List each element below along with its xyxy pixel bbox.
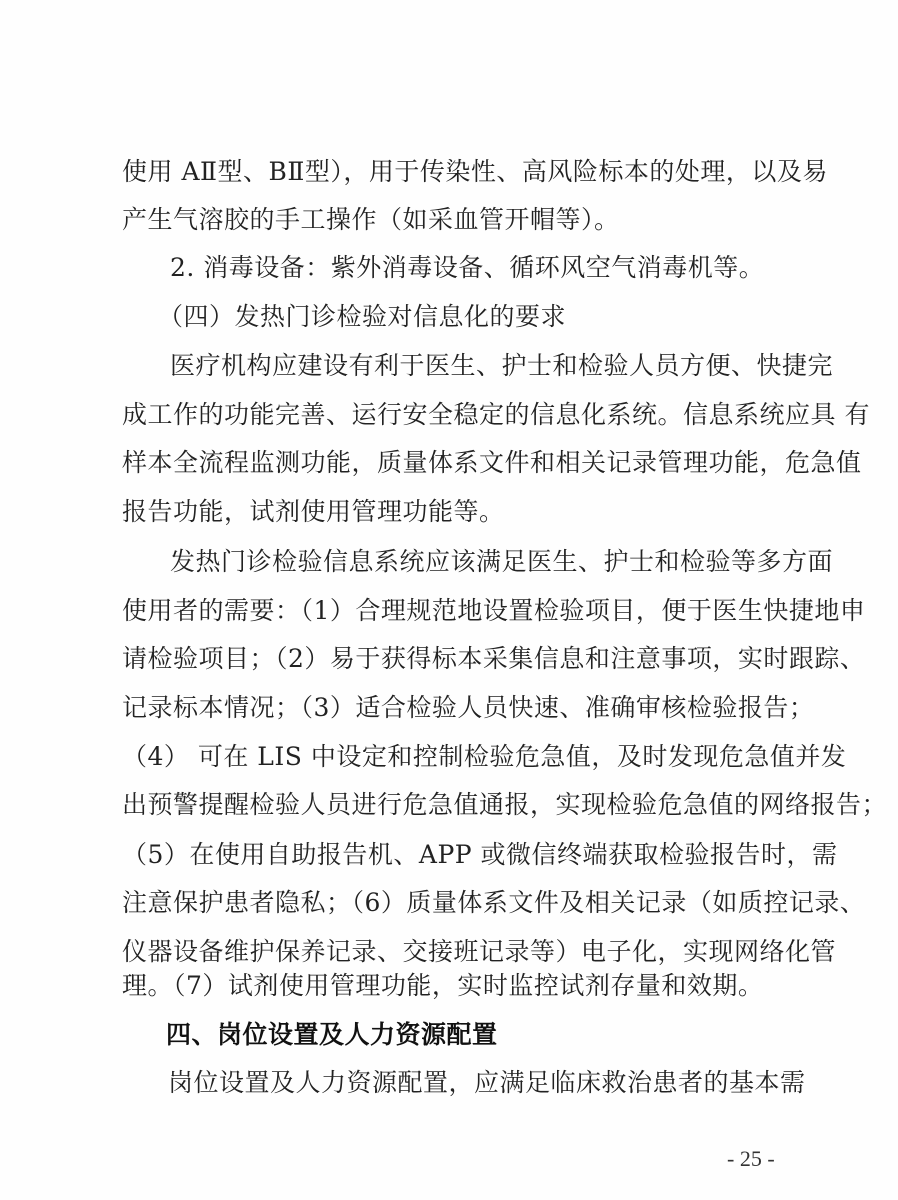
paragraph-line: 样本全流程监测功能，质量体系文件和相关记录管理功能，危急值 — [122, 443, 777, 483]
paragraph-line: 发热门诊检验信息系统应该满足医生、护士和检验等多方面 — [170, 542, 777, 582]
paragraph-line: 记录标本情况；（3）适合检验人员快速、准确审核检验报告； — [122, 688, 814, 728]
paragraph-line: 使用 AⅡ型、BⅡ型），用于传染性、高风险标本的处理，以及易 — [122, 152, 777, 192]
section-heading-informatization: （四）发热门诊检验对信息化的要求 — [158, 297, 566, 337]
page-number: - 25 - — [727, 1144, 775, 1174]
paragraph-line: 使用者的需要：（1）合理规范地设置检验项目，便于医生快捷地申 — [122, 591, 777, 631]
paragraph-line: 注意保护患者隐私；（6）质量体系文件及相关记录（如质控记录、 — [122, 883, 777, 923]
paragraph-line: （4） 可在 LIS 中设定和控制检验危急值，及时发现危急值并发 — [122, 737, 777, 777]
paragraph-line: 报告功能，试剂使用管理功能等。 — [122, 492, 505, 532]
paragraph-line: 出预警提醒检验人员进行危急值通报，实现检验危急值的网络报告； — [122, 785, 777, 825]
paragraph-line: 理。（7）试剂使用管理功能，实时监控试剂存量和效期。 — [122, 966, 763, 1006]
paragraph-line: 医疗机构应建设有利于医生、护士和检验人员方便、快捷完 — [170, 346, 777, 386]
paragraph-line: 请检验项目；（2）易于获得标本采集信息和注意事项，实时跟踪、 — [122, 639, 777, 679]
paragraph-line: 产生气溶胶的手工操作（如采血管开帽等）。 — [122, 200, 620, 240]
document-page: 使用 AⅡ型、BⅡ型），用于传染性、高风险标本的处理，以及易 产生气溶胶的手工操… — [0, 0, 898, 1200]
list-item-disinfection-equipment: 2. 消毒设备：紫外消毒设备、循环风空气消毒机等。 — [170, 248, 764, 288]
paragraph-line: （5）在使用自助报告机、APP 或微信终端获取检验报告时，需 — [122, 835, 777, 875]
section-heading-staffing: 四、岗位设置及人力资源配置 — [166, 1015, 498, 1055]
paragraph-line: 成工作的功能完善、运行安全稳定的信息化系统。信息系统应具 有 — [122, 395, 777, 435]
paragraph-line: 岗位设置及人力资源配置，应满足临床救治患者的基本需 — [168, 1063, 806, 1103]
